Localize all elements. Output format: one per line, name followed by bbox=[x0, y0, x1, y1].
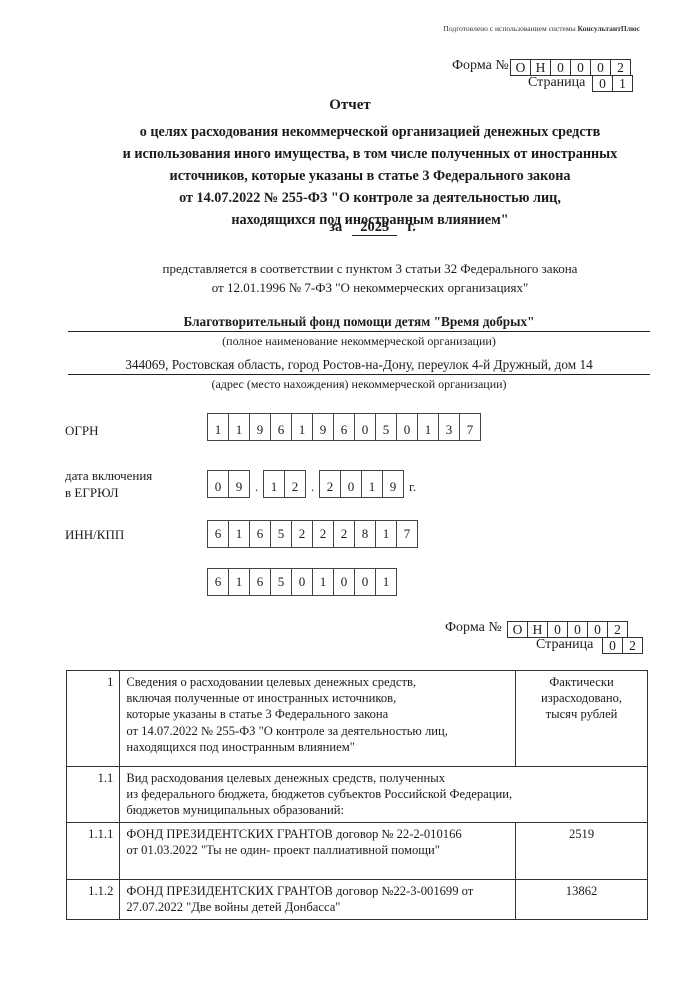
digit-cell: 0 bbox=[340, 470, 362, 498]
digit-cell: 0 bbox=[354, 413, 376, 441]
organization-name-caption: (полное наименование некоммерческой орга… bbox=[68, 334, 650, 349]
page-label: Страница bbox=[528, 75, 585, 91]
digit-cell: 0 bbox=[333, 568, 355, 596]
digit-cell: 9 bbox=[228, 470, 250, 498]
page-number-cells: 01 bbox=[592, 75, 633, 92]
digit-cell: 1 bbox=[312, 568, 334, 596]
digit-cell: 1 bbox=[375, 568, 397, 596]
table-header-row: 1 Сведения о расходовании целевых денежн… bbox=[67, 671, 648, 767]
ogrn-cells: 1196196050137 bbox=[207, 413, 481, 441]
code-cell: 0 bbox=[570, 59, 591, 76]
row-value: 2519 bbox=[516, 822, 648, 879]
digit-cell: 2 bbox=[291, 520, 313, 548]
organization-address: 344069, Ростовская область, город Ростов… bbox=[68, 357, 650, 375]
digit-cell: 1 bbox=[361, 470, 383, 498]
digit-cell: 1 bbox=[375, 520, 397, 548]
table-row: 1.1.2 ФОНД ПРЕЗИДЕНТСКИХ ГРАНТОВ договор… bbox=[67, 879, 648, 919]
digit-cell: 1 bbox=[207, 413, 229, 441]
code-cell: 1 bbox=[612, 75, 633, 92]
egrul-year: 2019 bbox=[319, 470, 404, 498]
system-name: КонсультантПлюс bbox=[578, 24, 640, 33]
code-cell: 0 bbox=[602, 637, 623, 654]
code-cell: 0 bbox=[592, 75, 613, 92]
code-cell: 0 bbox=[567, 621, 588, 638]
organization-name: Благотворительный фонд помощи детям "Вре… bbox=[68, 314, 650, 332]
row-description: ФОНД ПРЕЗИДЕНТСКИХ ГРАНТОВ договор №22-3… bbox=[120, 879, 516, 919]
code-cell: 2 bbox=[622, 637, 643, 654]
ogrn-label: ОГРН bbox=[65, 422, 99, 439]
digit-cell: 2 bbox=[319, 470, 341, 498]
code-cell: 0 bbox=[590, 59, 611, 76]
report-title: Отчет bbox=[0, 97, 700, 114]
egrul-month: 12 bbox=[263, 470, 306, 498]
code-cell: 0 bbox=[547, 621, 568, 638]
code-cell: О bbox=[510, 59, 531, 76]
digit-cell: 7 bbox=[396, 520, 418, 548]
page-number-cells: 02 bbox=[602, 637, 643, 654]
form-code-cells: ОН0002 bbox=[510, 59, 631, 76]
row-value: 13862 bbox=[516, 879, 648, 919]
report-subtitle: о целях расходования некоммерческой орга… bbox=[60, 121, 680, 231]
code-cell: 2 bbox=[610, 59, 631, 76]
inn-cells: 6165222817 bbox=[207, 520, 418, 548]
digit-cell: 2 bbox=[284, 470, 306, 498]
egrul-day: 09 bbox=[207, 470, 250, 498]
digit-cell: 2 bbox=[333, 520, 355, 548]
table-row: 1.1.1 ФОНД ПРЕЗИДЕНТСКИХ ГРАНТОВ договор… bbox=[67, 822, 648, 879]
digit-cell: 6 bbox=[207, 568, 229, 596]
form-code-cells: ОН0002 bbox=[507, 621, 628, 638]
code-cell: Н bbox=[530, 59, 551, 76]
egrul-date-cells: 09 . 12 . 2019 г. bbox=[207, 470, 416, 498]
prepared-with-note: Подготовлено с использованием системы Ко… bbox=[0, 24, 700, 33]
row-description: ФОНД ПРЕЗИДЕНТСКИХ ГРАНТОВ договор № 22-… bbox=[120, 822, 516, 879]
page-label: Страница bbox=[536, 637, 593, 653]
digit-cell: 1 bbox=[228, 413, 250, 441]
digit-cell: 3 bbox=[438, 413, 460, 441]
digit-cell: 6 bbox=[270, 413, 292, 441]
egrul-date-label: дата включения в ЕГРЮЛ bbox=[65, 467, 152, 501]
legal-basis: представляется в соответствии с пунктом … bbox=[60, 259, 680, 297]
digit-cell: 2 bbox=[312, 520, 334, 548]
digit-cell: 7 bbox=[459, 413, 481, 441]
digit-cell: 0 bbox=[207, 470, 229, 498]
section-description: Вид расходования целевых денежных средст… bbox=[120, 767, 648, 823]
kpp-cells: 616501001 bbox=[207, 568, 397, 596]
inn-kpp-label: ИНН/КПП bbox=[65, 526, 124, 543]
digit-cell: 6 bbox=[249, 568, 271, 596]
digit-cell: 8 bbox=[354, 520, 376, 548]
form-label: Форма № bbox=[452, 58, 509, 74]
digit-cell: 1 bbox=[291, 413, 313, 441]
digit-cell: 5 bbox=[270, 568, 292, 596]
digit-cell: 0 bbox=[354, 568, 376, 596]
digit-cell: 5 bbox=[375, 413, 397, 441]
form-label: Форма № bbox=[445, 620, 502, 636]
code-cell: 0 bbox=[550, 59, 571, 76]
report-year-line: за2023г. bbox=[0, 219, 700, 236]
organization-address-caption: (адрес (место нахождения) некоммерческой… bbox=[68, 377, 650, 392]
code-cell: Н bbox=[527, 621, 548, 638]
code-cell: 0 bbox=[587, 621, 608, 638]
digit-cell: 9 bbox=[249, 413, 271, 441]
digit-cell: 6 bbox=[207, 520, 229, 548]
digit-cell: 6 bbox=[249, 520, 271, 548]
expenditure-table: 1 Сведения о расходовании целевых денежн… bbox=[66, 670, 648, 920]
digit-cell: 9 bbox=[382, 470, 404, 498]
header-value-column: Фактически израсходовано, тысяч рублей bbox=[516, 671, 648, 767]
digit-cell: 9 bbox=[312, 413, 334, 441]
digit-cell: 1 bbox=[417, 413, 439, 441]
report-year: 2023 bbox=[352, 219, 397, 236]
code-cell: О bbox=[507, 621, 528, 638]
digit-cell: 5 bbox=[270, 520, 292, 548]
code-cell: 2 bbox=[607, 621, 628, 638]
digit-cell: 0 bbox=[396, 413, 418, 441]
digit-cell: 0 bbox=[291, 568, 313, 596]
header-description: Сведения о расходовании целевых денежных… bbox=[120, 671, 516, 767]
digit-cell: 6 bbox=[333, 413, 355, 441]
digit-cell: 1 bbox=[228, 568, 250, 596]
digit-cell: 1 bbox=[228, 520, 250, 548]
digit-cell: 1 bbox=[263, 470, 285, 498]
table-section-row: 1.1 Вид расходования целевых денежных ср… bbox=[67, 767, 648, 823]
